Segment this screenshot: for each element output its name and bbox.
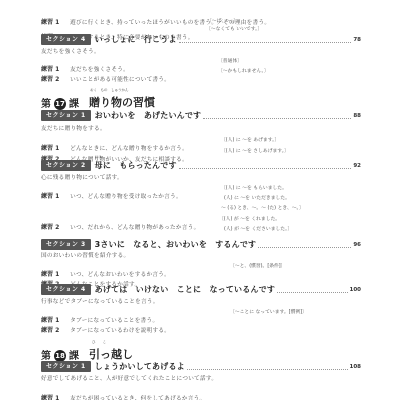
section-tab: セクション 1	[41, 110, 91, 121]
page-number: 78	[353, 37, 361, 43]
lesson-title: ひ こ 引っ越し	[89, 346, 133, 362]
lesson-title: おく もの しゅうかん 贈り物の習慣	[89, 94, 155, 110]
lesson-title-text: 引っ越し	[89, 348, 133, 361]
exercise-label: 練習 1	[41, 393, 65, 400]
lesson-prefix: 第	[41, 347, 51, 362]
toc-section-entry[interactable]: セクション 4 あげては いけない ことに なっているんです 100	[41, 284, 361, 295]
section-description: 国のおいわいの習慣を紹介する。	[41, 251, 129, 259]
leader-dots	[187, 364, 348, 370]
toc-section-entry[interactable]: セクション 3 3さいに なると、おいわいを するんです 96	[41, 239, 361, 250]
grammar-note: 〔〜ことに なっています。[慣例]〕	[230, 308, 307, 315]
section-description: 友だちを強くさそう。	[41, 47, 100, 55]
page-number: 96	[353, 242, 361, 248]
exercise-text: いいことがある可能性について書う。	[70, 77, 170, 83]
grammar-note: 〔(人) に 〜を あげます。〕	[221, 136, 279, 143]
section-title-text: 母に もらったんです	[95, 161, 177, 170]
section-description: 行事などでタブーになっていることを言う。	[41, 297, 159, 305]
section-description: 心に残る贈り物について話す。	[41, 173, 123, 181]
section-tab: セクション 4	[41, 34, 91, 45]
toc-section-entry[interactable]: セクション 1 おいわいを あげたいんです 88	[41, 110, 361, 121]
lesson-prefix: 第	[41, 95, 51, 110]
furigana: はは	[95, 155, 102, 160]
exercise-text: いつ、どんな贈り物を受け取ったか言う。	[70, 194, 182, 200]
toc-exercise-row: 練習 1 友だちが困っているとき、何をしてあげるか言う。	[41, 385, 205, 400]
exercise-label: 練習 1	[41, 191, 65, 200]
page-number: 88	[353, 113, 361, 119]
section-tab: セクション 1	[41, 361, 91, 372]
lesson-suffix: 課	[69, 95, 79, 110]
exercise-label: 練習 2	[41, 325, 65, 334]
leader-dots	[179, 163, 352, 169]
grammar-note: (人) に 〜を いただきました。	[224, 194, 290, 201]
section-title: あげては いけない ことに なっているんです	[95, 284, 275, 295]
section-title: いっしょに 行こうよ	[95, 34, 177, 45]
furigana: ひ こ	[92, 340, 106, 345]
grammar-note: 〔(人) が 〜を くれました。	[219, 215, 280, 222]
page-number: 100	[350, 287, 361, 293]
section-description: 好意でしてあげること、人が好意でしてくれたことについて話す。	[41, 374, 217, 382]
lesson-heading: 第 18 課 ひ こ 引っ越し	[41, 346, 133, 362]
toc-section-entry[interactable]: セクション 2 はは 母に もらったんです 92	[41, 160, 361, 171]
leader-dots	[277, 287, 347, 293]
section-title: おいわいを あげたいんです	[95, 110, 202, 121]
lesson-suffix: 課	[69, 347, 79, 362]
grammar-note: 〔〜ば、〜。〕	[207, 17, 238, 24]
section-tab: セクション 4	[41, 284, 91, 295]
exercise-text: 友だちが困っているとき、何をしてあげるか言う。	[70, 396, 205, 400]
grammar-note: 〔普通体〕	[218, 57, 242, 64]
leader-dots	[258, 242, 351, 248]
grammar-note: 〜 (る) とき、〜。〜 (た) とき、〜。〕	[221, 204, 304, 211]
exercise-text: タブーになっているわけを説明する。	[70, 328, 170, 334]
furigana: おく もの しゅうかん	[90, 88, 129, 93]
section-title: しょうかいしてあげるよ	[95, 361, 185, 372]
grammar-note: 〔〜と、(慣習)。[条件]〕	[230, 262, 285, 269]
exercise-label: 練習 2	[41, 74, 65, 83]
lesson-number-badge: 17	[54, 98, 66, 110]
page-number: 108	[350, 364, 361, 370]
exercise-label: 練習 2	[41, 222, 65, 231]
toc-exercise-row: 練習 1 いつ、どんな贈り物を受け取ったか言う。	[41, 183, 182, 202]
grammar-note: 〔(人) に 〜を もらいました。	[221, 184, 287, 191]
exercise-text: いつ、だれから、どんな贈り物があったか言う。	[70, 225, 199, 231]
grammar-note: 〔〜なくても いいです。〕	[206, 25, 262, 32]
toc-exercise-row: 練習 2 いいことがある可能性について書う。	[41, 66, 170, 85]
grammar-note: 〔(人) に 〜を さしあげます。〕	[221, 147, 289, 154]
leader-dots	[179, 37, 352, 43]
page-number: 92	[353, 163, 361, 169]
lesson-heading: 第 17 課 おく もの しゅうかん 贈り物の習慣	[41, 94, 155, 110]
toc-section-entry[interactable]: セクション 1 しょうかいしてあげるよ 108	[41, 361, 361, 372]
section-description: 友だちに贈り物をする。	[41, 124, 106, 132]
grammar-note: (人) が 〜を くださいました。〕	[224, 225, 292, 232]
section-tab: セクション 2	[41, 160, 91, 171]
lesson-title-text: 贈り物の習慣	[89, 96, 155, 109]
grammar-note: 〔〜かもしれません。〕	[218, 67, 269, 74]
section-title: はは 母に もらったんです	[95, 160, 177, 171]
leader-dots	[203, 113, 351, 119]
toc-section-entry[interactable]: セクション 4 いっしょに 行こうよ 78	[41, 34, 361, 45]
toc-exercise-row: 練習 2 いつ、だれから、どんな贈り物があったか言う。	[41, 214, 199, 233]
section-title: 3さいに なると、おいわいを するんです	[95, 239, 257, 250]
toc-exercise-row: 練習 2 タブーになっているわけを説明する。	[41, 317, 170, 336]
section-tab: セクション 3	[41, 239, 91, 250]
